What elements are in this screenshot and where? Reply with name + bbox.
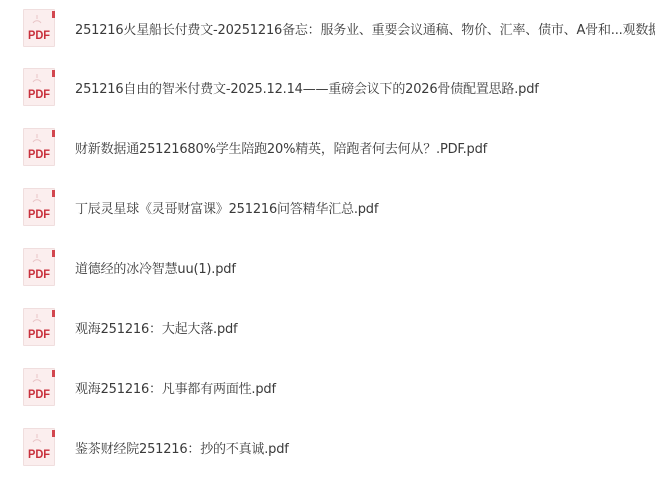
pdf-file-icon: PDF: [23, 128, 55, 166]
corner-mark: [52, 130, 55, 137]
pdf-file-icon: PDF: [23, 188, 55, 226]
file-name: 道德经的冰冷智慧uu(1).pdf: [75, 258, 236, 277]
file-list-item[interactable]: PDF 道德经的冰冷智慧uu(1).pdf: [0, 237, 655, 297]
acrobat-icon: [31, 373, 43, 383]
corner-mark: [52, 190, 55, 197]
file-name: 251216火星船长付费文-20251216备忘：服务业、重要会议通稿、物价、汇…: [75, 19, 655, 38]
pdf-label: PDF: [25, 328, 53, 340]
acrobat-icon: [31, 193, 43, 203]
file-list-item[interactable]: PDF 财新数据通25121680%学生陪跑20%精英，陪跑者何去何从？.PDF…: [0, 117, 655, 177]
pdf-label: PDF: [25, 88, 53, 100]
acrobat-icon: [31, 73, 43, 83]
pdf-label: PDF: [25, 29, 53, 41]
corner-mark: [52, 70, 55, 77]
file-name: 251216自由的智米付费文-2025.12.14——重磅会议下的2026骨债配…: [75, 78, 539, 97]
acrobat-icon: [31, 253, 43, 263]
file-list-item[interactable]: PDF 丁辰灵星球《灵哥财富课》251216问答精华汇总.pdf: [0, 177, 655, 237]
acrobat-icon: [31, 313, 43, 323]
file-name: 丁辰灵星球《灵哥财富课》251216问答精华汇总.pdf: [75, 198, 378, 217]
file-list-item[interactable]: PDF 251216火星船长付费文-20251216备忘：服务业、重要会议通稿、…: [0, 0, 655, 58]
acrobat-icon: [31, 133, 43, 143]
pdf-label: PDF: [25, 148, 53, 160]
file-list: PDF 251216火星船长付费文-20251216备忘：服务业、重要会议通稿、…: [0, 0, 655, 481]
file-list-item[interactable]: PDF 观海251216：大起大落.pdf: [0, 297, 655, 357]
acrobat-icon: [31, 14, 43, 24]
file-list-item[interactable]: PDF 观海251216：凡事都有两面性.pdf: [0, 357, 655, 417]
pdf-label: PDF: [25, 388, 53, 400]
file-name: 观海251216：凡事都有两面性.pdf: [75, 378, 276, 397]
file-name: 观海251216：大起大落.pdf: [75, 318, 237, 337]
corner-mark: [52, 250, 55, 257]
pdf-file-icon: PDF: [23, 308, 55, 346]
corner-mark: [52, 11, 55, 18]
pdf-label: PDF: [25, 208, 53, 220]
pdf-label: PDF: [25, 448, 53, 460]
pdf-file-icon: PDF: [23, 68, 55, 106]
pdf-file-icon: PDF: [23, 9, 55, 47]
file-name: 财新数据通25121680%学生陪跑20%精英，陪跑者何去何从？.PDF.pdf: [75, 138, 487, 157]
pdf-file-icon: PDF: [23, 368, 55, 406]
file-list-item[interactable]: PDF 251216自由的智米付费文-2025.12.14——重磅会议下的202…: [0, 57, 655, 117]
corner-mark: [52, 430, 55, 437]
pdf-label: PDF: [25, 268, 53, 280]
corner-mark: [52, 370, 55, 377]
file-list-item[interactable]: PDF 鉴茶财经院251216：抄的不真诚.pdf: [0, 417, 655, 477]
acrobat-icon: [31, 433, 43, 443]
file-name: 鉴茶财经院251216：抄的不真诚.pdf: [75, 438, 289, 457]
corner-mark: [52, 310, 55, 317]
pdf-file-icon: PDF: [23, 248, 55, 286]
pdf-file-icon: PDF: [23, 428, 55, 466]
